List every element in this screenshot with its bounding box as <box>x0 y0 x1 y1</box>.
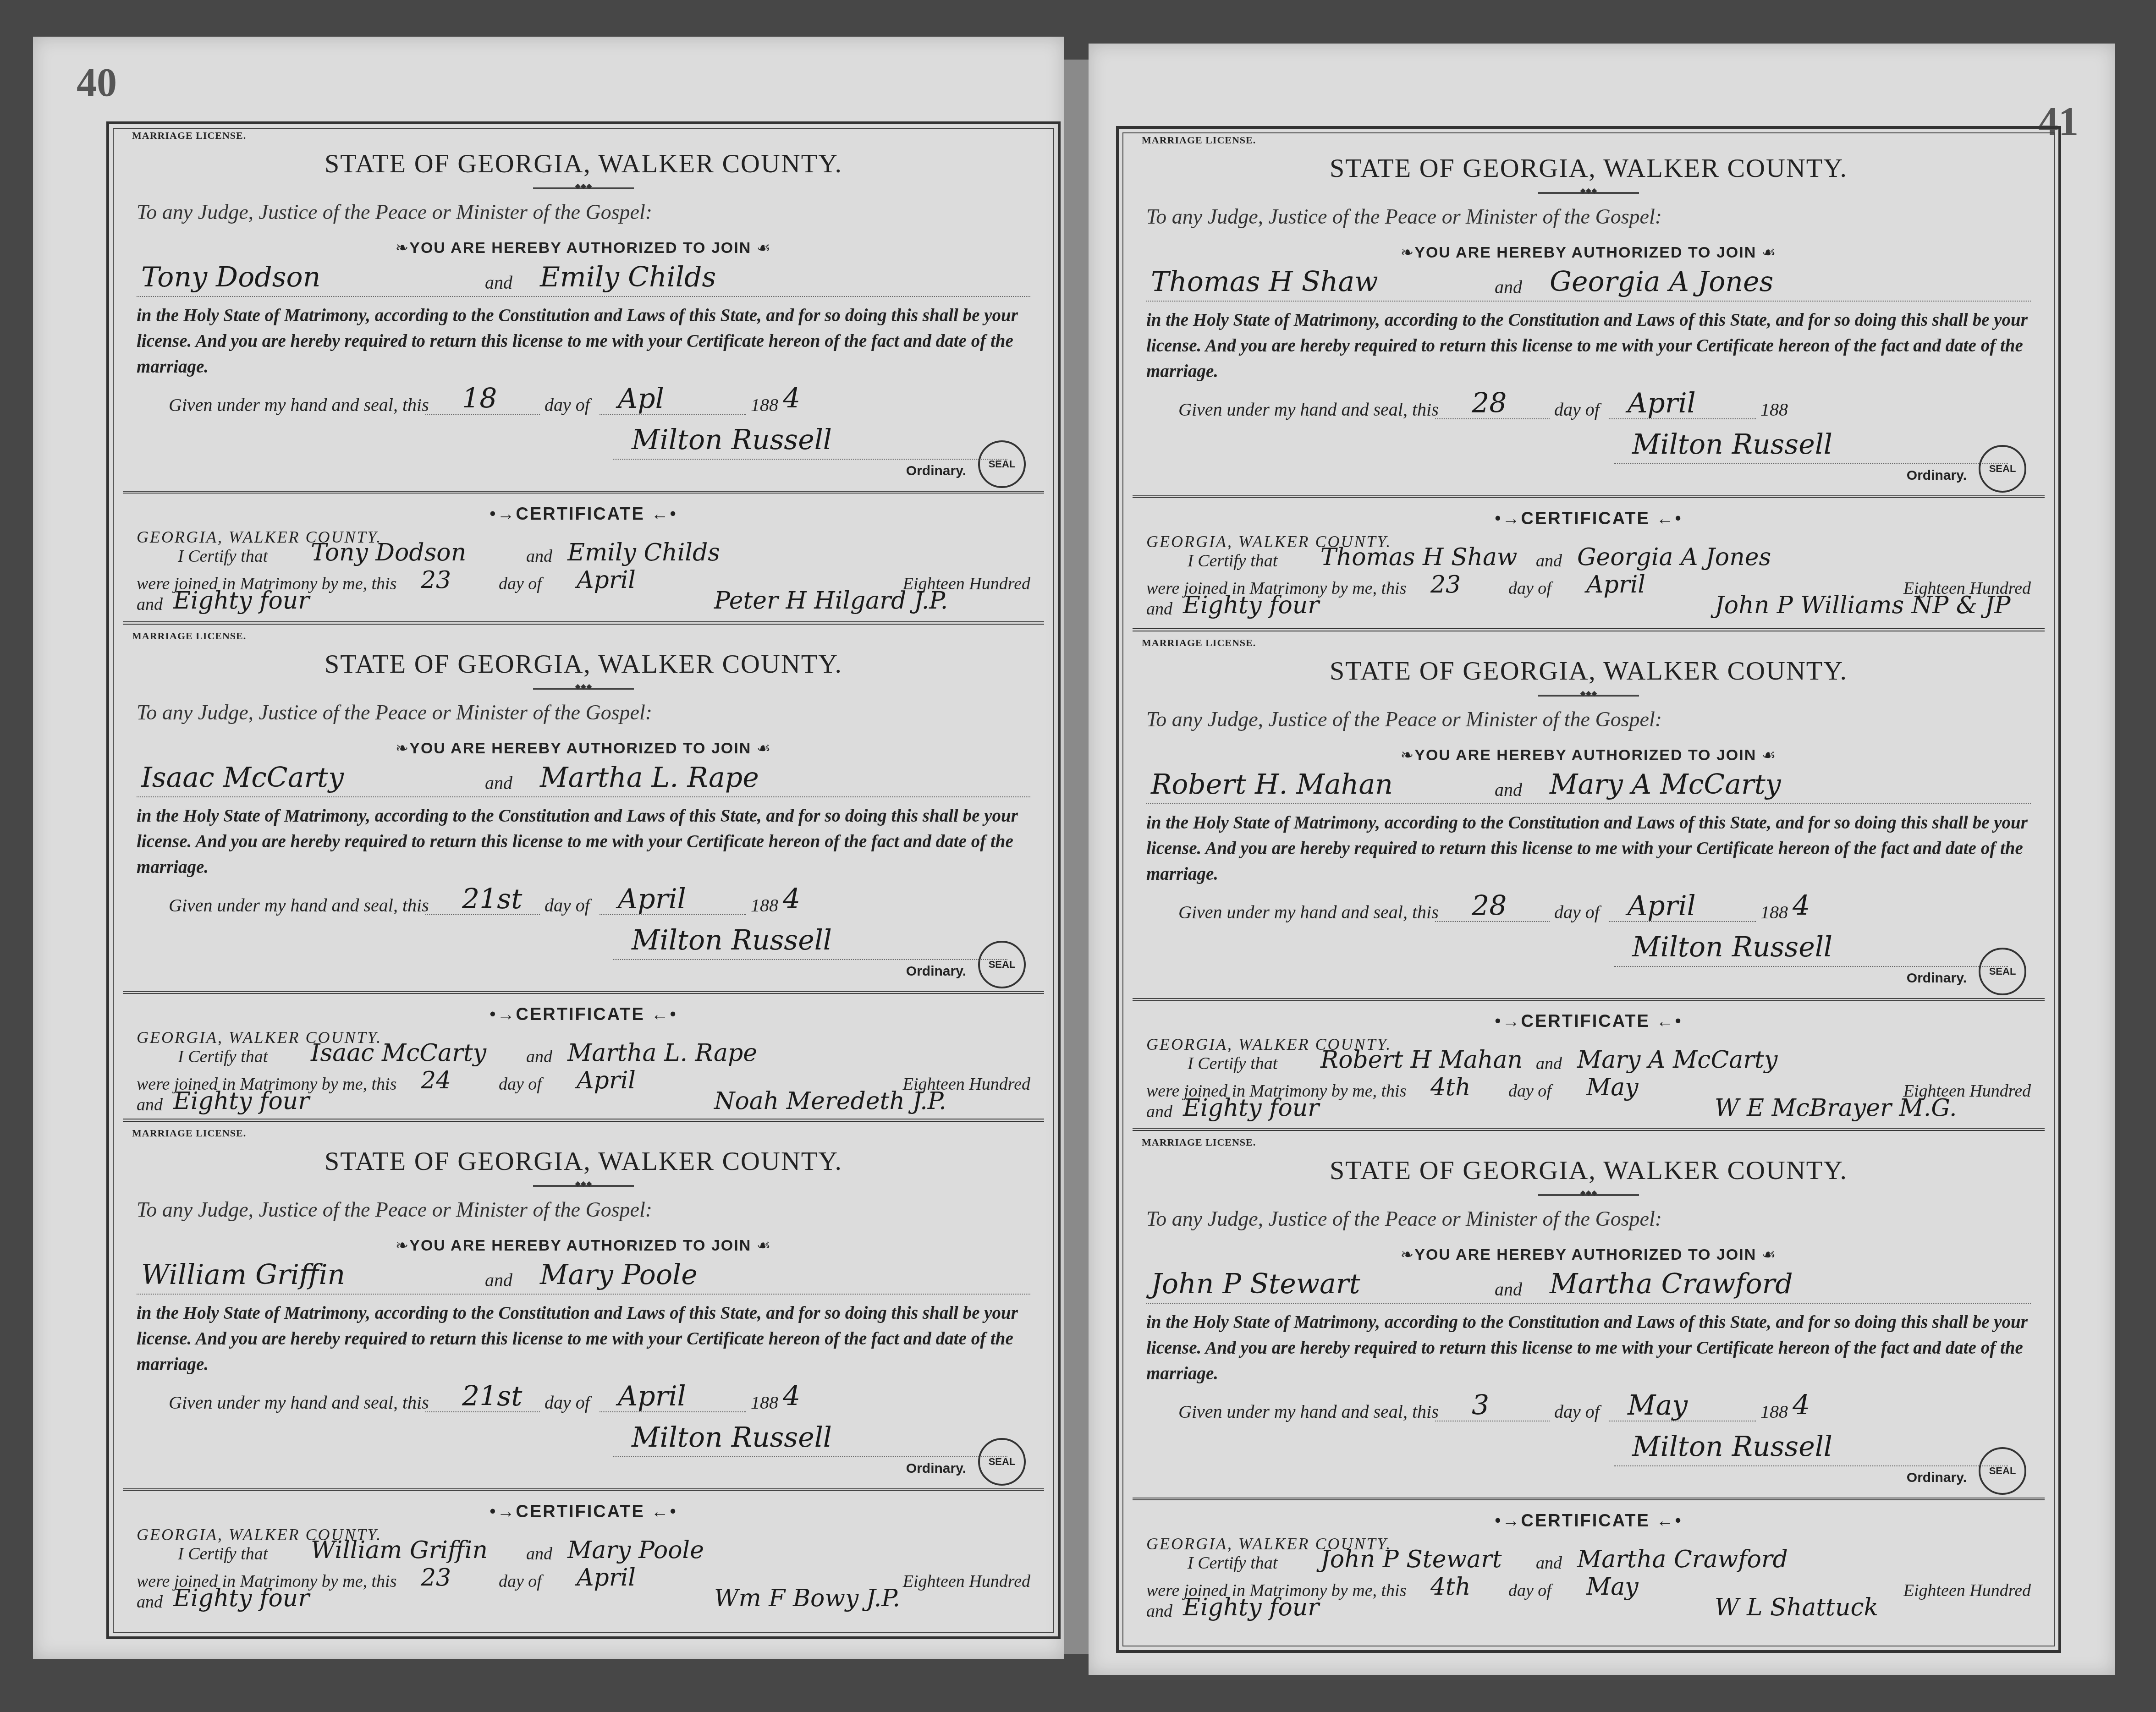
certify-label: I Certify that <box>1188 551 1277 571</box>
authorized-heading: YOU ARE HEREBY AUTHORIZED TO JOIN <box>123 1236 1044 1255</box>
marriage-license-label: MARRIAGE LICENSE. <box>132 1127 246 1139</box>
officiant-row: Peter H Hilgard J.P. <box>705 587 1026 617</box>
ordinary-signature-line: Milton Russell <box>613 417 1007 460</box>
certify-row: I Certify that Tony Dodson and Emily Chi… <box>137 539 1030 569</box>
and-label: and <box>1495 276 1522 298</box>
page-frame-left: MARRIAGE LICENSE. STATE OF GEORGIA, WALK… <box>106 121 1061 1639</box>
license-day: 28 <box>1472 890 1507 922</box>
cert-groom-name: Isaac McCarty <box>311 1039 486 1067</box>
license-date-row: Given under my hand and seal, this 28 da… <box>1178 390 1953 422</box>
bride-name: Georgia A Jones <box>1550 266 1773 298</box>
cert-groom-name: William Griffin <box>311 1536 488 1564</box>
authorized-heading: YOU ARE HEREBY AUTHORIZED TO JOIN <box>123 739 1044 757</box>
officiant-signature: Peter H Hilgard J.P. <box>714 587 948 615</box>
license-names-row: Thomas H Shaw and Georgia A Jones <box>1146 264 2031 302</box>
cert-bride-name: Martha L. Rape <box>567 1039 757 1067</box>
certificate-heading: CERTIFICATE <box>1133 1511 2045 1531</box>
ordinary-label: Ordinary. <box>906 964 966 979</box>
day-of-label: day of <box>1554 399 1600 420</box>
issuer-signature: Milton Russell <box>632 424 832 456</box>
issuer-signature: Milton Russell <box>632 1421 832 1454</box>
certify-label: I Certify that <box>178 1047 268 1067</box>
married-month: April <box>577 1564 636 1591</box>
cert-bride-name: Emily Childs <box>567 539 720 566</box>
groom-name: John P Stewart <box>1151 1268 1360 1300</box>
year-words: Eighty four <box>173 1087 309 1115</box>
bride-name: Emily Childs <box>540 261 716 293</box>
day-of-label: day of <box>499 574 542 594</box>
year-words: Eighty four <box>1183 592 1319 619</box>
certify-row: I Certify that Robert H Mahan and Mary A… <box>1146 1046 2031 1076</box>
form-title: STATE OF GEORGIA, WALKER COUNTY. <box>123 1146 1044 1176</box>
officiant-row: W E McBrayer M.G. <box>1705 1094 2026 1125</box>
certify-row: I Certify that Thomas H Shaw and Georgia… <box>1146 543 2031 574</box>
section-divider <box>123 491 1044 494</box>
ordinary-signature-line: Milton Russell <box>1614 422 2008 464</box>
bride-name: Martha Crawford <box>1550 1268 1793 1300</box>
seal-icon: SEAL <box>1979 948 2026 995</box>
year-prefix: 188 <box>1760 399 1788 420</box>
license-year-suffix: 4 <box>1793 890 1810 922</box>
year-prefix: 188 <box>1760 901 1788 923</box>
license-names-row: John P Stewart and Martha Crawford <box>1146 1266 2031 1304</box>
certify-label: I Certify that <box>178 546 268 566</box>
and-label: and <box>1536 551 1562 571</box>
license-day: 18 <box>462 383 497 415</box>
day-of-label: day of <box>1508 1580 1551 1601</box>
married-month: April <box>577 1067 636 1094</box>
day-of-label: day of <box>1508 578 1551 598</box>
and-label: and <box>526 546 552 566</box>
married-month: May <box>1586 1074 1639 1101</box>
form-title: STATE OF GEORGIA, WALKER COUNTY. <box>1133 1155 2045 1185</box>
book-gutter <box>1064 60 1089 1654</box>
year-words: Eighty four <box>1183 1094 1319 1122</box>
ornament-divider <box>533 1185 634 1187</box>
cert-bride-name: Martha Crawford <box>1577 1546 1788 1573</box>
and-label: and <box>1495 1279 1522 1300</box>
year-words: Eighty four <box>1183 1594 1319 1621</box>
license-year-suffix: 4 <box>783 383 800 415</box>
ornament-divider <box>1538 695 1639 697</box>
seal-icon: SEAL <box>1979 445 2026 493</box>
certify-label: I Certify that <box>1188 1054 1277 1074</box>
ordinary-label: Ordinary. <box>1907 1470 1967 1486</box>
certificate-heading: CERTIFICATE <box>1133 509 2045 529</box>
license-entry: MARRIAGE LICENSE. STATE OF GEORGIA, WALK… <box>1133 628 2045 1126</box>
license-date-row: Given under my hand and seal, this 21st … <box>169 1383 952 1415</box>
groom-name: Robert H. Mahan <box>1151 768 1393 801</box>
and-label: and <box>1146 1102 1172 1122</box>
form-address: To any Judge, Justice of the Peace or Mi… <box>1146 1207 1662 1231</box>
license-names-row: Tony Dodson and Emily Childs <box>137 259 1030 297</box>
year-words-row: and Eighty four <box>137 1087 457 1118</box>
cert-groom-name: Thomas H Shaw <box>1320 543 1518 571</box>
marriage-license-label: MARRIAGE LICENSE. <box>1142 637 1256 649</box>
license-day: 3 <box>1472 1389 1489 1421</box>
form-title: STATE OF GEORGIA, WALKER COUNTY. <box>123 148 1044 179</box>
married-month: May <box>1586 1573 1639 1601</box>
year-words-row: and Eighty four <box>137 1585 457 1615</box>
and-label: and <box>1495 779 1522 801</box>
and-label: and <box>137 594 163 615</box>
year-words-row: and Eighty four <box>137 587 457 617</box>
certify-row: I Certify that Isaac McCarty and Martha … <box>137 1039 1030 1070</box>
and-label: and <box>137 1592 163 1612</box>
and-label: and <box>485 272 512 293</box>
license-body-text: in the Holy State of Matrimony, accordin… <box>1146 1310 2031 1387</box>
authorized-heading: YOU ARE HEREBY AUTHORIZED TO JOIN <box>1133 243 2045 262</box>
ordinary-signature-line: Milton Russell <box>1614 1424 2008 1466</box>
seal-icon: SEAL <box>1979 1447 2026 1495</box>
bride-name: Mary A McCarty <box>1550 768 1781 801</box>
page-number-left: 40 <box>77 60 117 106</box>
issuer-signature: Milton Russell <box>1632 428 1832 461</box>
dotted-line <box>1435 1420 1550 1421</box>
license-entry: MARRIAGE LICENSE. STATE OF GEORGIA, WALK… <box>1133 1128 2045 1626</box>
section-divider <box>123 991 1044 994</box>
certificate-heading: CERTIFICATE <box>123 1502 1044 1522</box>
license-body-text: in the Holy State of Matrimony, accordin… <box>137 303 1030 380</box>
license-month: April <box>618 1380 686 1412</box>
license-entry: MARRIAGE LICENSE. STATE OF GEORGIA, WALK… <box>123 1119 1044 1617</box>
year-prefix: 188 <box>751 894 778 916</box>
license-body-text: in the Holy State of Matrimony, accordin… <box>137 1300 1030 1377</box>
cert-bride-name: Mary Poole <box>567 1536 704 1564</box>
given-label: Given under my hand and seal, this <box>1178 399 1439 420</box>
groom-name: Isaac McCarty <box>141 762 344 794</box>
form-address: To any Judge, Justice of the Peace or Mi… <box>137 1197 652 1222</box>
form-title: STATE OF GEORGIA, WALKER COUNTY. <box>1133 153 2045 183</box>
issuer-signature: Milton Russell <box>1632 931 1832 963</box>
day-of-label: day of <box>544 894 590 916</box>
groom-name: William Griffin <box>141 1259 345 1291</box>
bride-name: Martha L. Rape <box>540 762 759 794</box>
authorized-heading: YOU ARE HEREBY AUTHORIZED TO JOIN <box>123 239 1044 257</box>
cert-bride-name: Georgia A Jones <box>1577 543 1771 571</box>
and-label: and <box>485 772 512 794</box>
ordinary-label: Ordinary. <box>906 1461 966 1476</box>
license-month: May <box>1628 1389 1688 1421</box>
seal-icon: SEAL <box>978 1438 1026 1486</box>
section-divider <box>1133 495 2045 498</box>
married-month: April <box>1586 571 1645 598</box>
license-day: 21st <box>462 883 522 915</box>
license-year-suffix: 4 <box>1793 1389 1810 1421</box>
license-entry: MARRIAGE LICENSE. STATE OF GEORGIA, WALK… <box>123 621 1044 1119</box>
day-of-label: day of <box>544 394 590 416</box>
license-names-row: Robert H. Mahan and Mary A McCarty <box>1146 767 2031 804</box>
married-month: April <box>577 566 636 594</box>
license-entry: MARRIAGE LICENSE. STATE OF GEORGIA, WALK… <box>1133 129 2045 624</box>
and-label: and <box>137 1095 163 1115</box>
marriage-license-label: MARRIAGE LICENSE. <box>1142 134 1256 146</box>
section-divider <box>1133 998 2045 1001</box>
day-of-label: day of <box>544 1392 590 1413</box>
and-label: and <box>485 1269 512 1291</box>
license-date-row: Given under my hand and seal, this 28 da… <box>1178 893 1953 925</box>
cert-groom-name: Robert H Mahan <box>1320 1046 1523 1074</box>
form-address: To any Judge, Justice of the Peace or Mi… <box>1146 707 1662 731</box>
and-label: and <box>1536 1054 1562 1074</box>
officiant-signature: W L Shattuck <box>1715 1594 1878 1621</box>
ordinary-signature-line: Milton Russell <box>613 918 1007 960</box>
license-date-row: Given under my hand and seal, this 21st … <box>169 886 952 918</box>
form-address: To any Judge, Justice of the Peace or Mi… <box>137 700 652 724</box>
and-label: and <box>1146 599 1172 619</box>
day-of-label: day of <box>1554 901 1600 923</box>
license-date-row: Given under my hand and seal, this 3 day… <box>1178 1392 1953 1424</box>
officiant-signature: John P Williams NP & JP <box>1715 592 2010 619</box>
day-of-label: day of <box>499 1074 542 1094</box>
year-words: Eighty four <box>173 587 309 615</box>
certify-label: I Certify that <box>1188 1553 1277 1573</box>
officiant-signature: Wm F Bowy J.P. <box>714 1585 900 1612</box>
certificate-heading: CERTIFICATE <box>1133 1012 2045 1032</box>
issuer-signature: Milton Russell <box>1632 1431 1832 1463</box>
ordinary-label: Ordinary. <box>1907 971 1967 986</box>
cert-groom-name: Tony Dodson <box>311 539 466 566</box>
ornament-divider <box>533 187 634 189</box>
year-words: Eighty four <box>173 1585 309 1612</box>
given-label: Given under my hand and seal, this <box>169 394 429 416</box>
officiant-signature: Noah Meredeth J.P. <box>714 1087 946 1115</box>
marriage-license-label: MARRIAGE LICENSE. <box>132 130 246 142</box>
and-label: and <box>526 1544 552 1564</box>
groom-name: Thomas H Shaw <box>1151 266 1378 298</box>
form-title: STATE OF GEORGIA, WALKER COUNTY. <box>123 648 1044 679</box>
license-names-row: William Griffin and Mary Poole <box>137 1257 1030 1295</box>
officiant-row: Wm F Bowy J.P. <box>705 1585 1026 1615</box>
license-year-suffix: 4 <box>783 1380 800 1412</box>
and-label: and <box>1146 1601 1172 1621</box>
officiant-row: Noah Meredeth J.P. <box>705 1087 1026 1118</box>
license-date-row: Given under my hand and seal, this 18 da… <box>169 385 952 417</box>
form-address: To any Judge, Justice of the Peace or Mi… <box>1146 204 1662 229</box>
cert-bride-name: Mary A McCarty <box>1577 1046 1777 1074</box>
authorized-heading: YOU ARE HEREBY AUTHORIZED TO JOIN <box>1133 746 2045 764</box>
seal-icon: SEAL <box>978 941 1026 988</box>
ordinary-label: Ordinary. <box>1907 468 1967 483</box>
license-body-text: in the Holy State of Matrimony, accordin… <box>1146 307 2031 384</box>
marriage-license-label: MARRIAGE LICENSE. <box>132 630 246 642</box>
groom-name: Tony Dodson <box>141 261 320 293</box>
bride-name: Mary Poole <box>540 1259 698 1291</box>
license-month: April <box>618 883 686 915</box>
cert-groom-name: John P Stewart <box>1320 1546 1502 1573</box>
and-label: and <box>1536 1553 1562 1573</box>
year-prefix: 188 <box>751 394 778 416</box>
year-words-row: and Eighty four <box>1146 1094 1467 1125</box>
given-label: Given under my hand and seal, this <box>1178 901 1439 923</box>
given-label: Given under my hand and seal, this <box>169 1392 429 1413</box>
license-month: April <box>1628 387 1696 419</box>
form-address: To any Judge, Justice of the Peace or Mi… <box>137 200 652 224</box>
page-frame-right: MARRIAGE LICENSE. STATE OF GEORGIA, WALK… <box>1116 126 2061 1653</box>
and-label: and <box>526 1047 552 1067</box>
year-words-row: and Eighty four <box>1146 592 1467 622</box>
license-day: 28 <box>1472 387 1507 419</box>
given-label: Given under my hand and seal, this <box>169 894 429 916</box>
ordinary-signature-line: Milton Russell <box>613 1415 1007 1457</box>
section-divider <box>123 1488 1044 1491</box>
section-divider <box>1133 1498 2045 1500</box>
year-words-row: and Eighty four <box>1146 1594 1467 1624</box>
page-40: 40 MARRIAGE LICENSE. STATE OF GEORGIA, W… <box>33 37 1064 1659</box>
ordinary-label: Ordinary. <box>906 463 966 479</box>
day-of-label: day of <box>1554 1401 1600 1422</box>
license-month: April <box>1628 890 1696 922</box>
day-of-label: day of <box>1508 1081 1551 1101</box>
license-day: 21st <box>462 1380 522 1412</box>
license-month: Apl <box>618 383 664 415</box>
seal-icon: SEAL <box>978 440 1026 488</box>
ornament-divider <box>1538 192 1639 194</box>
ornament-divider <box>533 688 634 690</box>
officiant-row: John P Williams NP & JP <box>1705 592 2026 622</box>
ornament-divider <box>1538 1194 1639 1196</box>
day-of-label: day of <box>499 1571 542 1591</box>
year-prefix: 188 <box>1760 1401 1788 1422</box>
given-label: Given under my hand and seal, this <box>1178 1401 1439 1422</box>
license-year-suffix: 4 <box>783 883 800 915</box>
license-names-row: Isaac McCarty and Martha L. Rape <box>137 760 1030 797</box>
license-body-text: in the Holy State of Matrimony, accordin… <box>1146 810 2031 887</box>
page-41: 41 MARRIAGE LICENSE. STATE OF GEORGIA, W… <box>1089 44 2115 1675</box>
officiant-signature: W E McBrayer M.G. <box>1715 1094 1957 1122</box>
certify-row: I Certify that William Griffin and Mary … <box>137 1536 1030 1567</box>
certify-row: I Certify that John P Stewart and Martha… <box>1146 1546 2031 1576</box>
issuer-signature: Milton Russell <box>632 924 832 956</box>
form-title: STATE OF GEORGIA, WALKER COUNTY. <box>1133 655 2045 686</box>
certificate-heading: CERTIFICATE <box>123 505 1044 524</box>
license-body-text: in the Holy State of Matrimony, accordin… <box>137 803 1030 880</box>
certify-label: I Certify that <box>178 1544 268 1564</box>
marriage-license-label: MARRIAGE LICENSE. <box>1142 1136 1256 1148</box>
officiant-row: W L Shattuck <box>1705 1594 2026 1624</box>
year-prefix: 188 <box>751 1392 778 1413</box>
license-entry: MARRIAGE LICENSE. STATE OF GEORGIA, WALK… <box>123 124 1044 619</box>
certificate-heading: CERTIFICATE <box>123 1005 1044 1025</box>
ordinary-signature-line: Milton Russell <box>1614 925 2008 967</box>
authorized-heading: YOU ARE HEREBY AUTHORIZED TO JOIN <box>1133 1246 2045 1264</box>
